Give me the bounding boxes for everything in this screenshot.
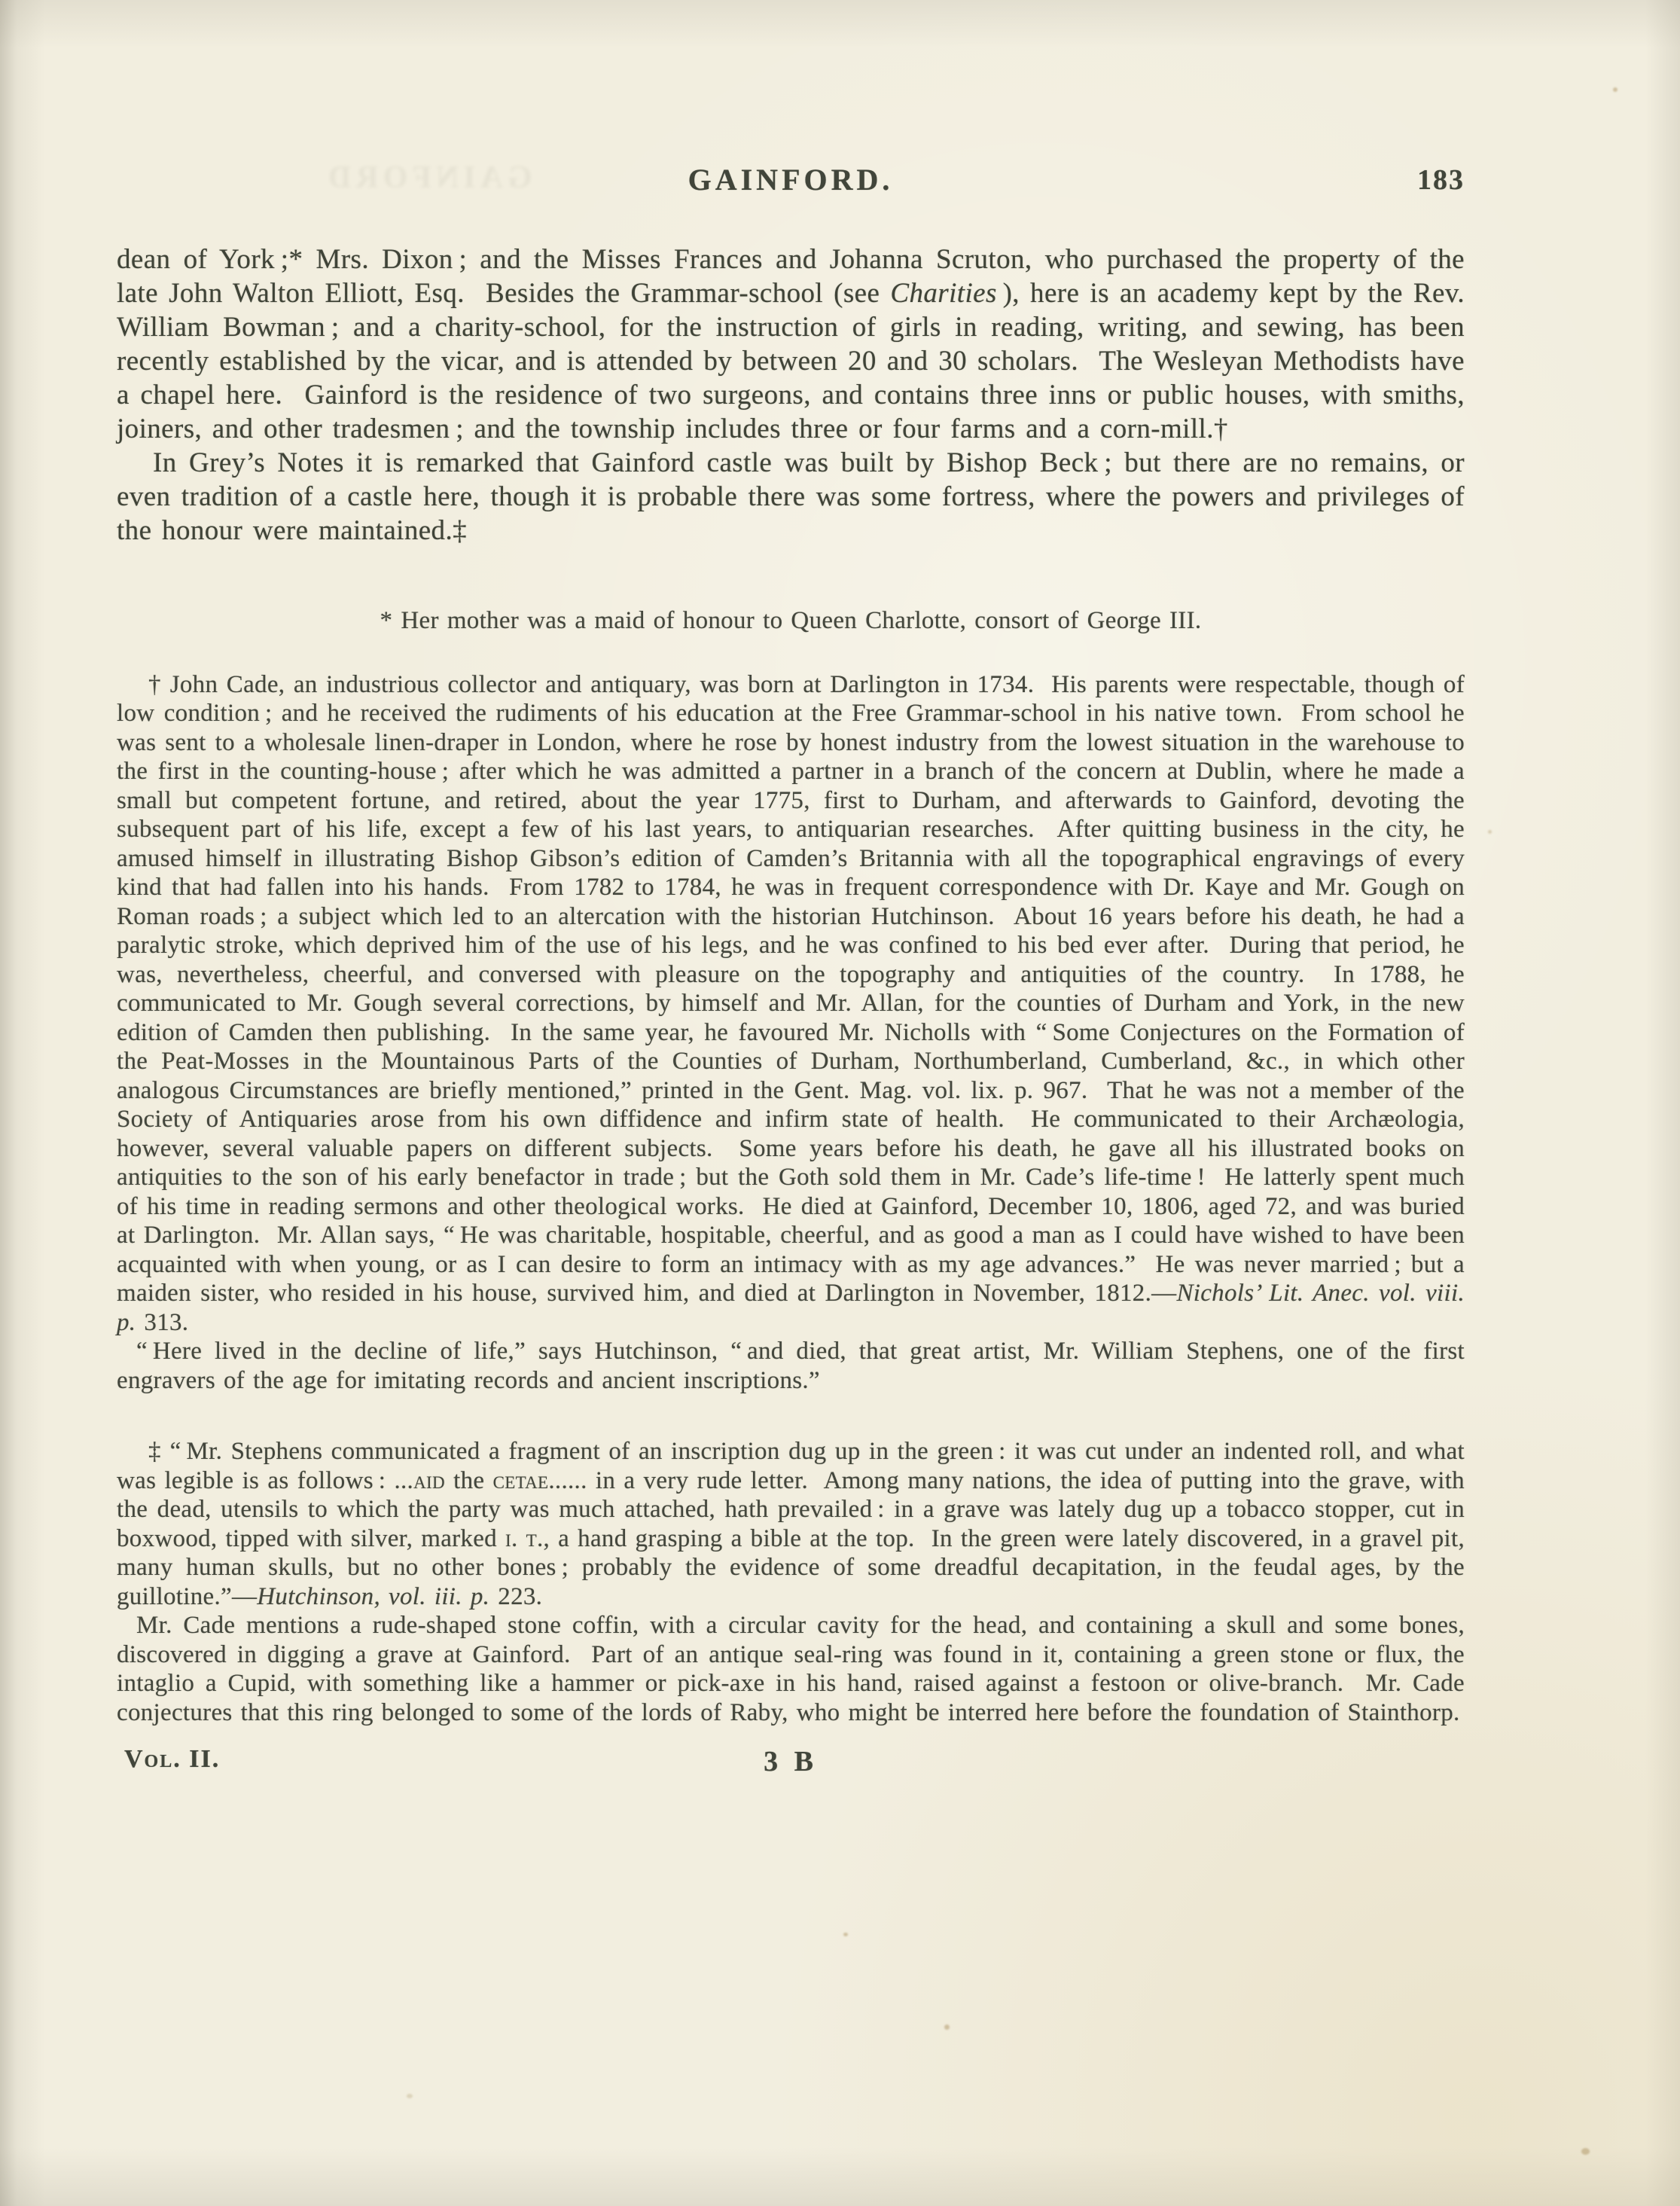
signature-mark: 3 B <box>117 1745 1465 1778</box>
body-paragraph: dean of York ;* Mrs. Dixon ; and the Mis… <box>117 243 1465 446</box>
running-title: GAINFORD. <box>688 163 894 197</box>
footnotes-section: * Her mother was a maid of honour to Que… <box>117 606 1465 1727</box>
paper-speck <box>407 2094 413 2098</box>
footnote-star: * Her mother was a maid of honour to Que… <box>117 606 1465 636</box>
page-header: GAINFORD. 183 <box>117 162 1465 201</box>
page-number: 183 <box>1417 163 1465 197</box>
paper-speck <box>1488 830 1492 834</box>
page-footer: Vol. II. 3 B <box>117 1745 1465 1778</box>
footnote-dagger: † John Cade, an industrious collector an… <box>117 670 1465 1338</box>
book-page: GAINFORD GAINFORD. 183 dean of York ;* M… <box>0 0 1680 2206</box>
main-text: dean of York ;* Mrs. Dixon ; and the Mis… <box>117 243 1465 548</box>
body-paragraph: In Grey’s Notes it is remarked that Gain… <box>117 446 1465 548</box>
paper-speck <box>843 1933 848 1936</box>
paper-speck <box>1613 87 1617 92</box>
footnote-dagger-quote: “ Here lived in the decline of life,” sa… <box>117 1337 1465 1395</box>
footnote-double-dagger: ‡ “ Mr. Stephens communicated a fragment… <box>117 1437 1465 1611</box>
footnote-double-dagger-continued: Mr. Cade mentions a rude-shaped stone co… <box>117 1611 1465 1727</box>
paper-speck <box>944 2024 950 2030</box>
text-block: GAINFORD. 183 dean of York ;* Mrs. Dixon… <box>117 162 1465 1778</box>
paper-speck <box>1581 2148 1590 2155</box>
